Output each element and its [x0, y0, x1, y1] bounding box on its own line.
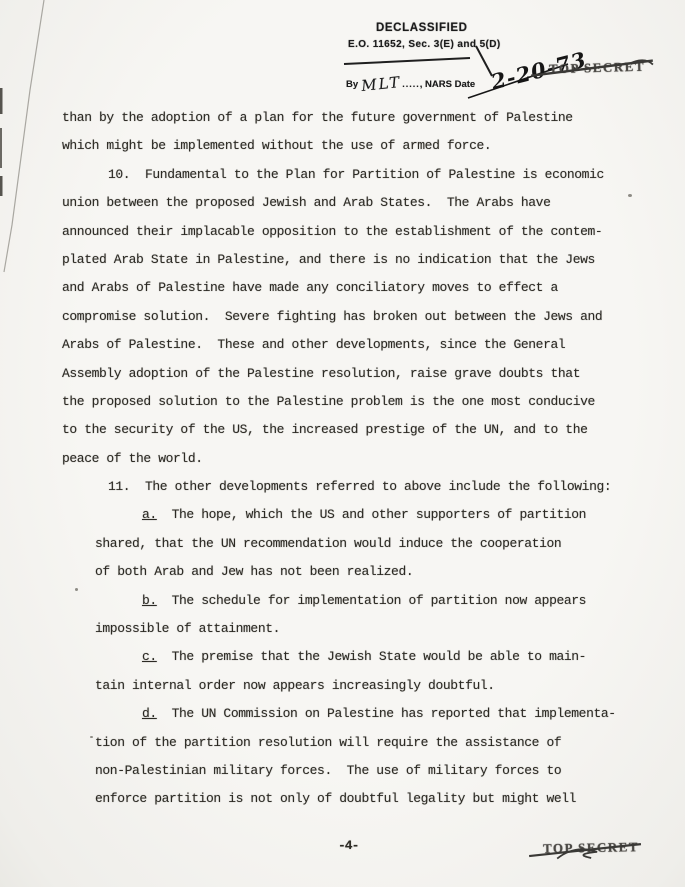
top-secret-stamp-header: TOP SECRET	[549, 59, 645, 78]
declassified-stamp-eo-line: E.O. 11652, Sec. 3(E) and 5(D)	[348, 39, 501, 50]
page-number: -4-	[338, 838, 358, 853]
top-secret-stamp-text: TOP SECRET	[543, 839, 639, 856]
document-body: than by the adoption of a plan for the f…	[62, 104, 667, 814]
document-line: plated Arab State in Palestine, and ther…	[62, 246, 667, 274]
document-line: a. The hope, which the US and other supp…	[62, 501, 667, 529]
declassified-stamp-title: DECLASSIFIED	[376, 22, 468, 35]
document-line: d. The UN Commission on Palestine has re…	[62, 700, 667, 728]
document-line: tain internal order now appears increasi…	[62, 672, 667, 700]
document-line: enforce partition is not only of doubtfu…	[62, 785, 667, 813]
nars-date-label: , NARS Date	[420, 79, 475, 90]
document-line: which might be implemented without the u…	[62, 132, 667, 160]
document-line: 10. Fundamental to the Plan for Partitio…	[62, 161, 667, 189]
document-line: b. The schedule for implementation of pa…	[62, 587, 667, 615]
document-line: non-Palestinian military forces. The use…	[62, 757, 667, 785]
document-line: tion of the partition resolution will re…	[62, 729, 667, 757]
document-line: union between the proposed Jewish and Ar…	[62, 189, 667, 217]
document-line: shared, that the UN recommendation would…	[62, 530, 667, 558]
document-line: Assembly adoption of the Palestine resol…	[62, 360, 667, 388]
declassifier-signature: MLT	[361, 73, 403, 95]
document-line: to the security of the US, the increased…	[62, 416, 667, 444]
document-line: announced their implacable opposition to…	[62, 218, 667, 246]
document-line: Arabs of Palestine. These and other deve…	[62, 331, 667, 359]
top-secret-stamp-footer: TOP SECRET	[543, 839, 639, 857]
document-line: of both Arab and Jew has not been realiz…	[62, 558, 667, 586]
declassified-stamp-by-line: ByMLT....., NARS Date	[346, 73, 475, 91]
subparagraph-letter: d.	[142, 706, 157, 721]
subparagraph-letter: a.	[142, 507, 157, 522]
signature-dots: .....	[402, 79, 420, 89]
document-line: impossible of attainment.	[62, 615, 667, 643]
document-line: c. The premise that the Jewish State wou…	[62, 643, 667, 671]
document-line: and Arabs of Palestine have made any con…	[62, 274, 667, 302]
document-line: than by the adoption of a plan for the f…	[62, 104, 667, 132]
document-line: the proposed solution to the Palestine p…	[62, 388, 667, 416]
subparagraph-letter: c.	[142, 649, 157, 664]
by-label: By	[346, 79, 358, 90]
document-line: peace of the world.	[62, 445, 667, 473]
subparagraph-letter: b.	[142, 593, 157, 608]
scanned-document-page: DECLASSIFIED E.O. 11652, Sec. 3(E) and 5…	[0, 0, 685, 887]
document-line: compromise solution. Severe fighting has…	[62, 303, 667, 331]
top-secret-stamp-text: TOP SECRET	[549, 59, 645, 77]
document-line: 11. The other developments referred to a…	[62, 473, 667, 501]
